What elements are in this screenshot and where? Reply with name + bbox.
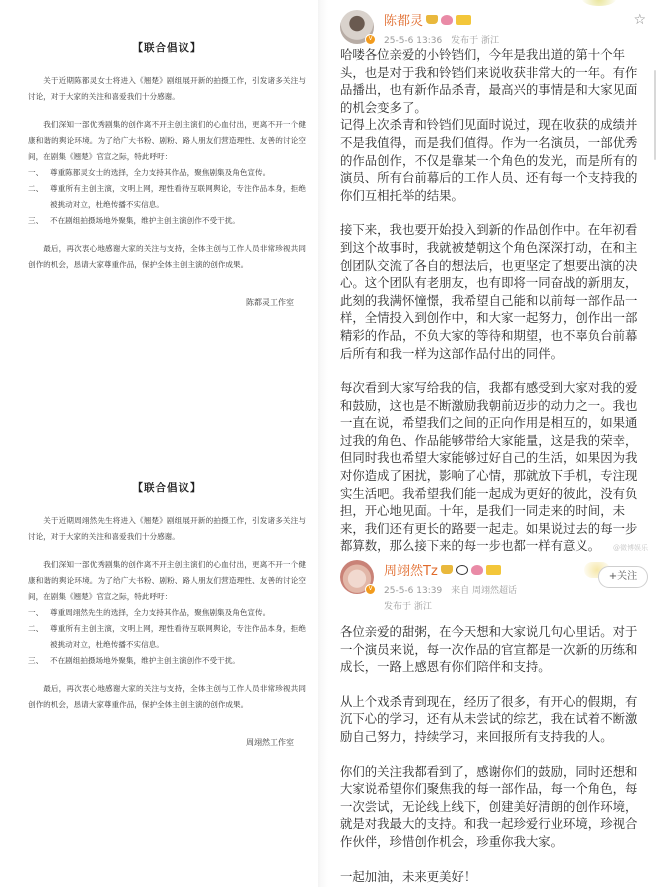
doc-closing: 最后，再次衷心地感谢大家的关注与支持，全体主创与工作人员非常珍视共同创作的机会，…: [28, 241, 306, 273]
follow-button[interactable]: +关注: [598, 566, 648, 588]
statement-document-zhou-yiran: 【联合倡议】 关于近期周翊然先生将进入《翘楚》剧组展开新的拍摄工作，引发诸多关注…: [28, 480, 306, 751]
doc-paragraph: 我们深知一部优秀剧集的创作离不开主创主演们的心血付出，更离不开一个健康和谐的舆论…: [28, 117, 306, 165]
doc-intro: 关于近期陈都灵女士将进入《翘楚》剧组展开新的拍摄工作，引发诸多关注与讨论，对于大…: [28, 73, 306, 105]
doc-title: 【联合倡议】: [28, 40, 306, 55]
doc-signature: 周翊然工作室: [28, 735, 306, 751]
post-paragraph: 每次看到大家写给我的信，我都有感受到大家对我的爱和鼓励，这也是不断激励我朝前迈步…: [340, 379, 640, 555]
post-source[interactable]: 来自 周翊然超话: [451, 586, 517, 596]
post-paragraph: 各位亲爱的甜粥，在今天想和大家说几句心里话。对于一个演员来说，每一次作品的官宣都…: [340, 623, 640, 676]
doc-closing: 最后，再次衷心地感谢大家的关注与支持，全体主创与工作人员非常珍视共同创作的机会，…: [28, 681, 306, 713]
post-header: V 周翊然Tz 25-5-6 13:39 来自 周翊然超话 发布于 浙江: [340, 560, 517, 612]
heart-badge-icon: [441, 15, 453, 25]
post-body: 哈喽各位亲爱的小铃铛们，今年是我出道的第十个年头，也是对于我和铃铛们来说收获非常…: [340, 46, 640, 555]
post-paragraph: 记得上次杀青和铃铛们见面时说过，现在收获的成绩并不是我值得，而是我们值得。作为一…: [340, 116, 640, 204]
avatar[interactable]: V: [340, 10, 374, 44]
decoration: [582, 0, 616, 6]
doc-intro: 关于近期周翊然先生将进入《翘楚》剧组展开新的拍摄工作，引发诸多关注与讨论，对于大…: [28, 513, 306, 545]
scrollbar[interactable]: [654, 70, 656, 160]
doc-signature: 陈都灵工作室: [28, 295, 306, 311]
post-paragraph: 哈喽各位亲爱的小铃铛们，今年是我出道的第十个年头，也是对于我和铃铛们来说收获非常…: [340, 46, 640, 116]
post-paragraph: 你们的关注我都看到了，感谢你们的鼓励，同时还想和大家说希望你们聚焦我的每一部作品…: [340, 763, 640, 851]
watermark: @微博娱乐: [613, 543, 648, 553]
verified-icon: V: [365, 34, 376, 45]
statement-documents-panel: 【联合倡议】 关于近期陈都灵女士将进入《翘楚》剧组展开新的拍摄工作，引发诸多关注…: [0, 0, 318, 887]
crown-badge-icon: [426, 15, 438, 24]
vip-badge-icon: [456, 15, 471, 25]
post-paragraph: 一起加油，未来更美好！: [340, 868, 640, 886]
doc-item: 二、尊重所有主创主演，文明上网，理性看待互联网舆论，专注作品本身，拒绝被挑动对立…: [28, 181, 306, 213]
doc-paragraph: 我们深知一部优秀剧集的创作离不开主创主演们的心血付出，更离不开一个健康和谐的舆论…: [28, 557, 306, 605]
vip-badge-icon: [486, 565, 501, 575]
author-name[interactable]: 周翊然Tz: [384, 560, 438, 579]
post-location: 发布于 浙江: [384, 599, 517, 612]
avatar[interactable]: V: [340, 560, 374, 594]
heart-badge-icon: [471, 565, 483, 575]
statement-document-chen-duling: 【联合倡议】 关于近期陈都灵女士将进入《翘楚》剧组展开新的拍摄工作，引发诸多关注…: [28, 40, 306, 311]
weibo-posts-panel: V 陈都灵 25-5-6 13:36 发布于 浙江 ☆ 哈喽各位亲爱的小铃铛们，…: [328, 0, 660, 887]
post-header: V 陈都灵 25-5-6 13:36 发布于 浙江: [340, 10, 499, 46]
doc-title: 【联合倡议】: [28, 480, 306, 495]
doc-item: 一、尊重陈都灵女士的选择，全力支持其作品，聚焦剧集及角色宣传。: [28, 165, 306, 181]
post-timestamp: 25-5-6 13:39: [384, 586, 442, 596]
doc-item: 一、尊重周翊然先生的选择，全力支持其作品，聚焦剧集及角色宣传。: [28, 605, 306, 621]
post-location: 发布于 浙江: [451, 36, 499, 46]
verified-icon: V: [365, 584, 376, 595]
doc-item: 二、尊重所有主创主演，文明上网，理性看待互联网舆论，专注作品本身，拒绝被挑动对立…: [28, 621, 306, 653]
post-timestamp: 25-5-6 13:36: [384, 36, 442, 46]
doc-item: 三、不在剧组拍摄场地外聚集，维护主创主演创作不受干扰。: [28, 653, 306, 669]
panel-divider: [318, 0, 328, 887]
post-paragraph: 接下来，我也要开始投入到新的作品创作中。在年初看到这个故事时，我就被楚朝这个角色…: [340, 221, 640, 362]
doc-item: 三、不在剧组拍摄场地外聚集，维护主创主演创作不受干扰。: [28, 213, 306, 229]
panda-badge-icon: [456, 565, 468, 575]
author-name[interactable]: 陈都灵: [384, 10, 423, 29]
crown-badge-icon: [441, 565, 453, 574]
post-body: 各位亲爱的甜粥，在今天想和大家说几句心里话。对于一个演员来说，每一次作品的官宣都…: [340, 623, 640, 885]
star-icon[interactable]: ☆: [633, 12, 646, 28]
post-paragraph: 从上个戏杀青到现在，经历了很多，有开心的假期，有沉下心的学习，还有从未尝试的综艺…: [340, 693, 640, 746]
